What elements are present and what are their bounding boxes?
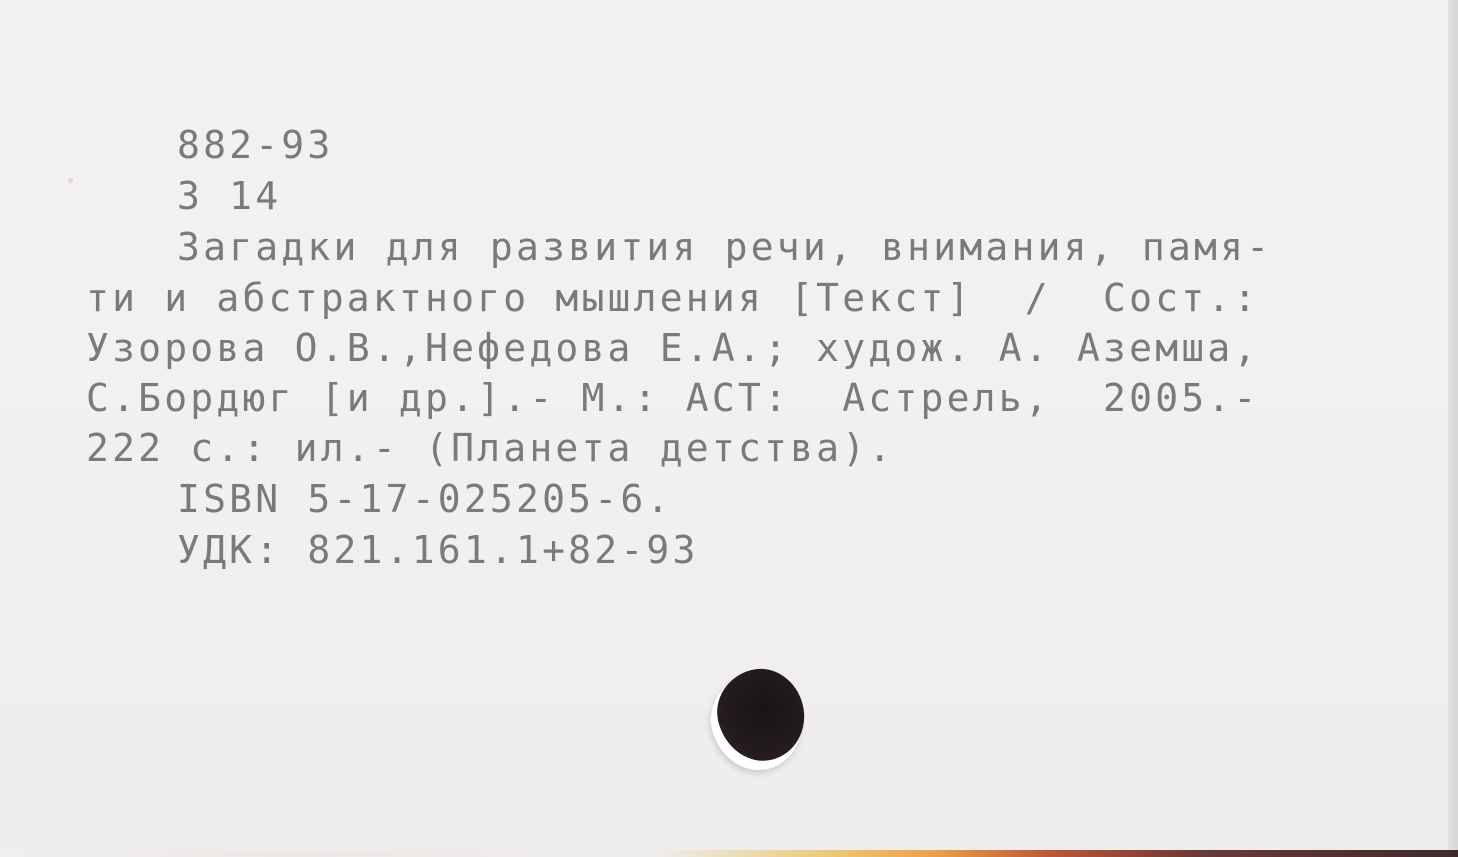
description-line: Загадки для развития речи, внимания, пам… (177, 222, 1272, 273)
paper-stain (68, 178, 73, 183)
isbn-line: ISBN 5-17-025205-6. (177, 474, 672, 525)
punch-hole (708, 660, 814, 770)
catalog-card: 882-93 З 14 Загадки для развития речи, в… (0, 0, 1448, 850)
udk-line: УДК: 821.161.1+82-93 (177, 525, 699, 576)
author-mark: З 14 (177, 171, 281, 222)
description-line: ти и абстрактного мышления [Текст] / Сос… (86, 273, 1260, 324)
description-line: 222 с.: ил.- (Планета детства). (86, 423, 894, 474)
description-line: С.Бордюг [и др.].- М.: АСТ: Астрель, 200… (86, 373, 1260, 424)
card-edge-bottom (0, 850, 1458, 857)
card-edge-right (1448, 0, 1458, 857)
description-line: Узорова О.В.,Нефедова Е.А.; худож. А. Аз… (86, 323, 1260, 374)
classification-code: 882-93 (177, 120, 333, 171)
